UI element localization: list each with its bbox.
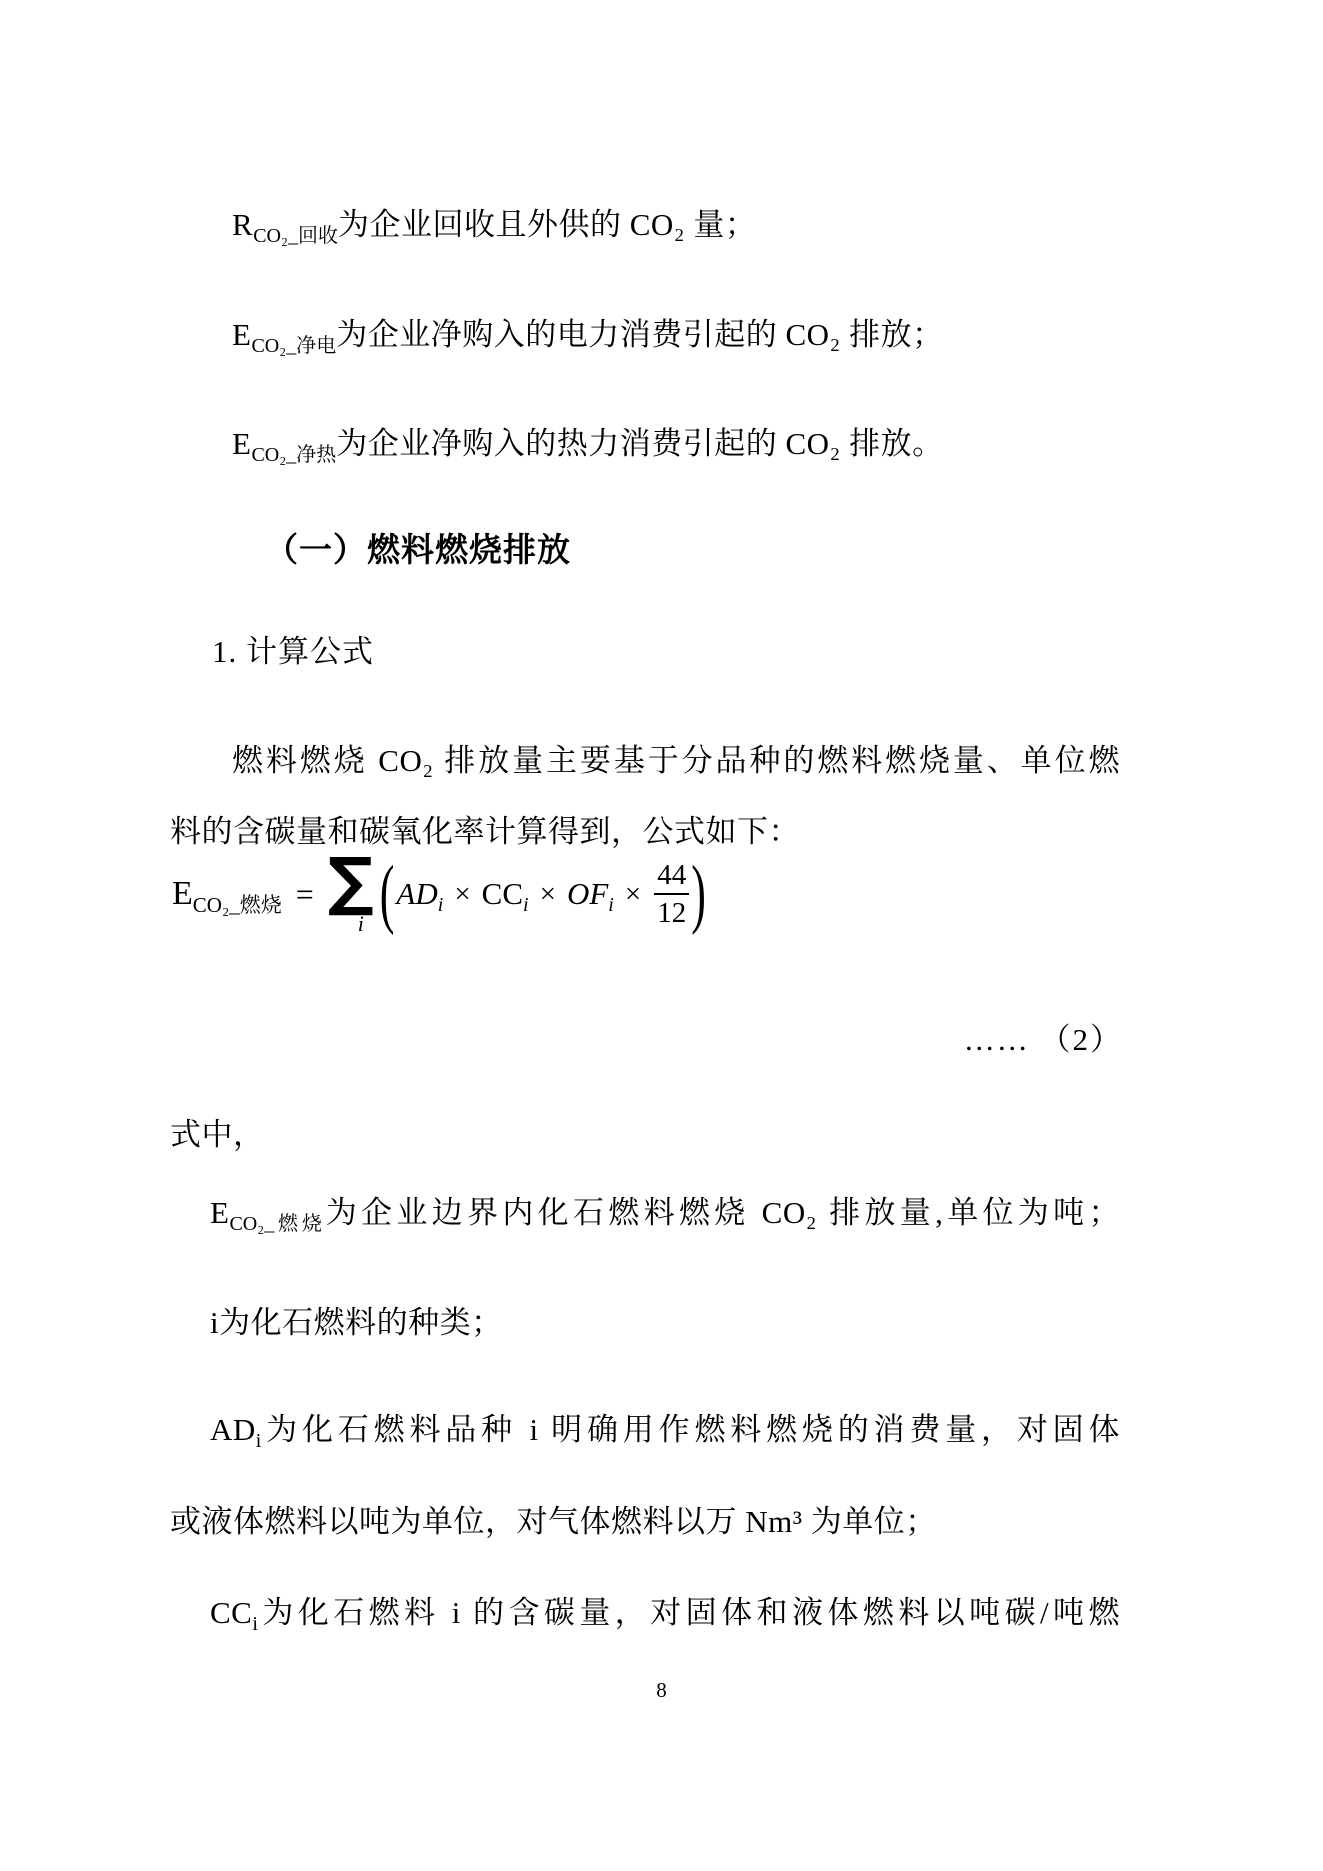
sigma-symbol: ∑ bbox=[328, 852, 374, 913]
multiply-sign: × bbox=[540, 878, 556, 911]
variable-base: AD bbox=[396, 876, 437, 911]
equation-number: …… （2） bbox=[170, 1014, 1123, 1059]
variable-base: AD bbox=[210, 1412, 256, 1447]
variable-e-burn: ECO₂_燃烧 bbox=[210, 1195, 326, 1230]
fraction-44-12: 44 12 bbox=[654, 858, 689, 932]
variable-subscript: CO₂_燃烧 bbox=[229, 1213, 325, 1235]
explanation-ad-line-1: ADi为化石燃料品种 i 明确用作燃料燃烧的消费量，对固体 bbox=[170, 1408, 1120, 1453]
variable-base: E bbox=[232, 426, 251, 461]
explanation-text: 为化石燃料品种 i 明确用作燃料燃烧的消费量，对固体 bbox=[262, 1412, 1120, 1447]
explanation-cc: CCi为化石燃料 i 的含碳量，对固体和液体燃料以吨碳/吨燃 bbox=[170, 1591, 1120, 1636]
variable-base: E bbox=[210, 1195, 229, 1230]
definition-e-net-heat: ECO₂_净热为企业净购入的热力消费引起的 CO₂ 排放。 bbox=[170, 422, 1120, 467]
variable-subscript: CO₂_净热 bbox=[251, 444, 336, 466]
variable-ad: ADi bbox=[210, 1412, 262, 1447]
equation-fuel-combustion: ECO₂_燃烧 = ∑ i ( ADi × CCi × OFi × 44 12 … bbox=[172, 852, 708, 937]
fraction-numerator: 44 bbox=[654, 858, 689, 896]
term-of: OFi bbox=[567, 876, 614, 912]
explanation-i: i为化石燃料的种类； bbox=[170, 1301, 1120, 1346]
sub-heading: 1. 计算公式 bbox=[212, 626, 374, 671]
multiply-sign: × bbox=[625, 878, 641, 911]
definition-r-recovery: RCO₂_回收为企业回收且外供的 CO₂ 量； bbox=[170, 203, 1120, 248]
variable-base: R bbox=[232, 207, 253, 242]
variable-e-net-heat: ECO₂_净热 bbox=[232, 426, 336, 461]
explanation-text: 为化石燃料 i 的含碳量，对固体和液体燃料以吨碳/吨燃 bbox=[258, 1595, 1120, 1630]
variable-subscript: CO₂_回收 bbox=[253, 225, 338, 247]
paragraph-line-1: 燃料燃烧 CO₂ 排放量主要基于分品种的燃料燃烧量、单位燃 bbox=[170, 739, 1120, 784]
variable-base: E bbox=[232, 317, 251, 352]
document-page: RCO₂_回收为企业回收且外供的 CO₂ 量； ECO₂_净电为企业净购入的电力… bbox=[0, 0, 1323, 1871]
variable-e-net-electricity: ECO₂_净电 bbox=[232, 317, 336, 352]
section-heading: （一）燃料燃烧排放 bbox=[265, 524, 571, 571]
paragraph-line-2: 料的含碳量和碳氧化率计算得到，公式如下： bbox=[170, 810, 1120, 855]
definition-text: 为企业回收且外供的 CO₂ 量； bbox=[338, 207, 756, 242]
explanation-e-burn: ECO₂_燃烧为企业边界内化石燃料燃烧 CO₂ 排放量,单位为吨； bbox=[170, 1191, 1120, 1236]
multiply-sign: × bbox=[454, 878, 470, 911]
definition-e-net-electricity: ECO₂_净电为企业净购入的电力消费引起的 CO₂ 排放； bbox=[170, 313, 1120, 358]
variable-base: CC bbox=[482, 876, 523, 911]
sigma-index: i bbox=[358, 911, 364, 937]
variable-r-recovery: RCO₂_回收 bbox=[232, 207, 338, 242]
left-parenthesis: ( bbox=[380, 856, 395, 933]
variable-subscript: CO₂_净电 bbox=[251, 335, 336, 357]
variable-base: OF bbox=[567, 876, 608, 911]
summation: ∑ i bbox=[328, 852, 374, 937]
fraction-denominator: 12 bbox=[657, 895, 686, 931]
where-label: 式中， bbox=[170, 1113, 1120, 1158]
page-number: 8 bbox=[0, 1678, 1323, 1703]
equals-sign: = bbox=[296, 876, 314, 913]
variable-subscript: i bbox=[438, 895, 444, 917]
variable-subscript: CO₂_燃烧 bbox=[193, 893, 282, 917]
variable-subscript: i bbox=[608, 895, 614, 917]
term-ad: ADi bbox=[396, 876, 443, 912]
explanation-ad-line-2: 或液体燃料以吨为单位，对气体燃料以万 Nm³ 为单位； bbox=[170, 1500, 1120, 1545]
variable-subscript: i bbox=[523, 895, 529, 917]
definition-text: 为企业净购入的热力消费引起的 CO₂ 排放。 bbox=[336, 426, 943, 461]
variable-base: E bbox=[172, 875, 193, 912]
right-parenthesis: ) bbox=[691, 856, 706, 933]
equation-lhs: ECO₂_燃烧 bbox=[172, 875, 282, 913]
explanation-text: 为企业边界内化石燃料燃烧 CO₂ 排放量,单位为吨； bbox=[326, 1195, 1120, 1230]
variable-cc: CCi bbox=[210, 1595, 258, 1630]
definition-text: 为企业净购入的电力消费引起的 CO₂ 排放； bbox=[336, 317, 943, 352]
variable-base: CC bbox=[210, 1595, 252, 1630]
term-cc: CCi bbox=[482, 876, 529, 912]
